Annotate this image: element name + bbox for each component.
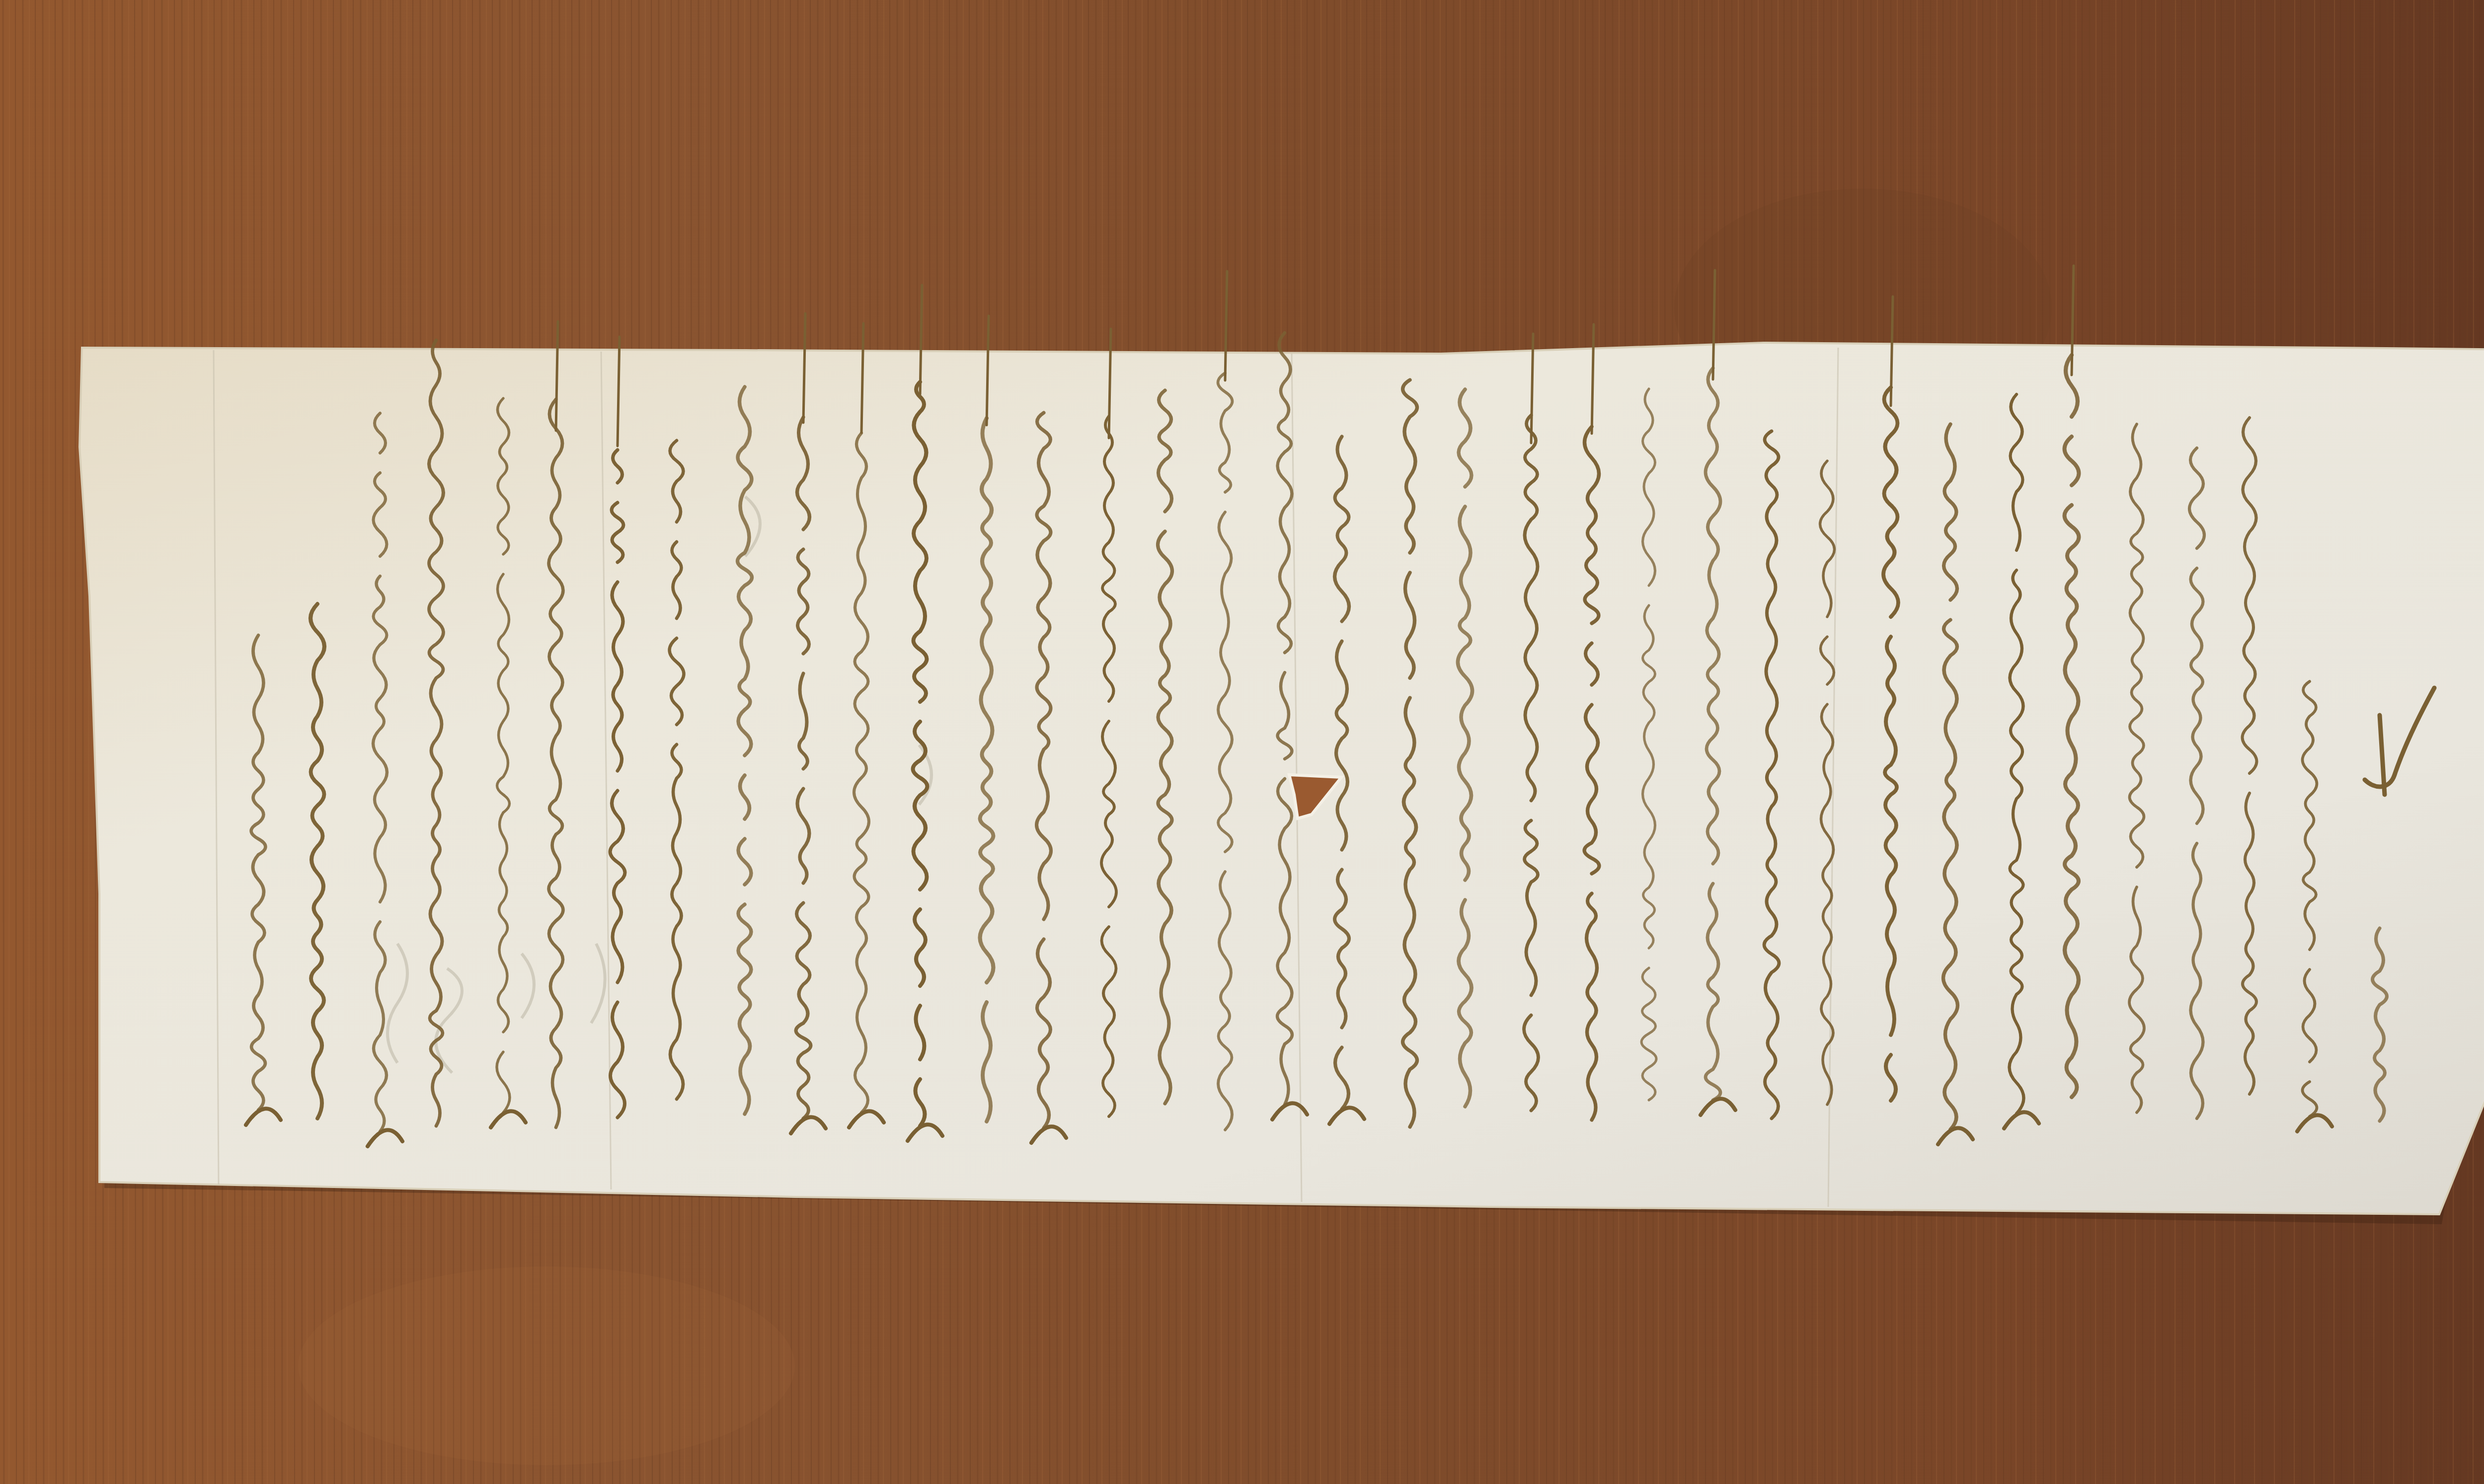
manuscript-photo — [0, 0, 2484, 1484]
photo-scene — [0, 0, 2484, 1484]
